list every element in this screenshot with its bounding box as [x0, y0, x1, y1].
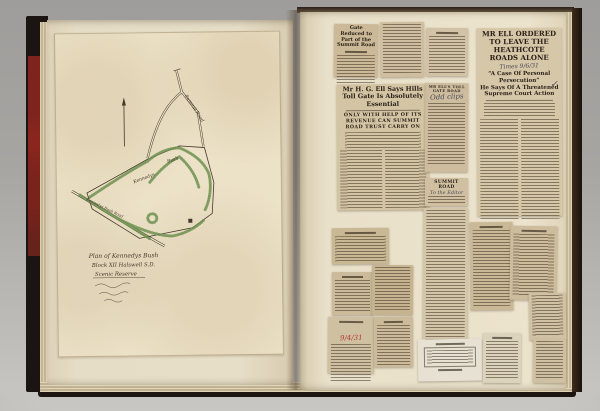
- clipping: [529, 293, 567, 341]
- notice-box: [424, 347, 476, 368]
- building-marker: [188, 219, 192, 223]
- scrapbook-photo: Summit Road Kennedys Bush Kennedys Bush …: [0, 0, 600, 411]
- clipping: [374, 317, 413, 367]
- clipping-body: [428, 196, 465, 203]
- clipping-footer-bar: [439, 369, 462, 371]
- clipping-subhead-bar: [345, 51, 368, 53]
- clipping: Mr H. G. Ell Says Hills Toll Gate Is Abs…: [337, 84, 430, 211]
- clipping-header-bar: [480, 226, 502, 228]
- clipping-body: [375, 267, 410, 311]
- clipping-column: [480, 119, 519, 219]
- clipping-header: SUMMIT ROAD: [428, 180, 465, 190]
- book-cover-right: [572, 8, 582, 392]
- clipping: MR ELL’S TOLL GATE ROAD Odd clips: [425, 83, 469, 172]
- signature-squiggles: [93, 277, 145, 302]
- bush-vegetation: [79, 147, 211, 240]
- clipping-body: [532, 295, 564, 337]
- clipping: [372, 265, 414, 315]
- clipping-header-bar: [342, 276, 363, 278]
- clipping: [533, 339, 567, 383]
- clipping-body: [337, 55, 375, 85]
- clipping: Gate Reduced to Part of the Summit Road: [334, 24, 379, 77]
- clipping: [380, 22, 424, 77]
- clipping-headline: Mr H. G. Ell Says Hills Toll Gate Is Abs…: [340, 86, 426, 109]
- clipping-header-bar: [383, 321, 403, 323]
- clipping: [332, 228, 389, 265]
- clipping-header-bar: [435, 343, 464, 345]
- clipping: [483, 333, 521, 383]
- clipping: [423, 208, 469, 344]
- left-page: Summit Road Kennedys Bush Kennedys Bush …: [47, 20, 293, 385]
- label-kennedys-bush-road: Kennedys Bush Road: [85, 196, 125, 219]
- notice-text: [427, 350, 473, 365]
- clipping-header-bar: [436, 32, 458, 34]
- clipping-body: [473, 230, 511, 306]
- clipping-headline: Gate Reduced to Part of the Summit Road: [337, 26, 375, 49]
- label-bush: Bush: [165, 155, 179, 165]
- cover-edge-bottom: [38, 392, 576, 397]
- divider: [486, 100, 553, 101]
- clipping-body: [426, 210, 466, 340]
- book-gutter: [286, 10, 308, 390]
- clipping-header-bar: [522, 230, 547, 232]
- handwritten-annotation: Odd clips: [428, 92, 465, 102]
- clipping-deck: “A Case Of Personal Persecution”: [480, 71, 559, 85]
- clipping-body: [486, 341, 518, 379]
- right-page: Gate Reduced to Part of the Summit Road …: [300, 12, 566, 390]
- clipping-headline: MR ELL ORDERED TO LEAVE THE HEATHCOTE RO…: [480, 30, 559, 63]
- clipping-subhead: ONLY WITH HELP OF ITS REVENUE CAN SUMMIT…: [340, 113, 426, 131]
- handwritten-annotation: To the Editor: [428, 190, 465, 196]
- map-sheet: Summit Road Kennedys Bush Kennedys Bush …: [54, 31, 284, 358]
- clipping-column: [521, 119, 560, 219]
- clipping-body: [428, 103, 466, 165]
- clipping-header-bar: [339, 321, 363, 323]
- map-drawing: Summit Road Kennedys Bush Kennedys Bush …: [55, 32, 283, 357]
- clipping-body: [484, 103, 555, 117]
- clipping-body: [377, 325, 410, 365]
- clipping: 9/4/31: [328, 317, 374, 373]
- clipping-body: [331, 344, 371, 382]
- map-title-line1: Plan of Kennedys Bush: [88, 252, 159, 260]
- clipping-body: [345, 132, 421, 149]
- clipping-body-columns: [480, 119, 560, 219]
- clipping-body: [429, 36, 465, 74]
- clipping: [426, 28, 468, 76]
- clipping-column: [385, 150, 427, 208]
- clipping-header-bar: [345, 232, 376, 234]
- handwritten-checkmark: ✓: [550, 80, 558, 90]
- clipping: SUMMIT ROAD To the Editor: [425, 178, 468, 206]
- clipping: [470, 222, 514, 310]
- map-title-line3: Scenic Reserve: [95, 271, 137, 278]
- clipping-deck: Supreme Court Action: [480, 91, 559, 98]
- clipping-body: [383, 24, 421, 73]
- clipping-column: [340, 150, 382, 208]
- label-summit-road: Summit Road: [183, 94, 205, 124]
- clipping-body: [335, 236, 386, 263]
- clipping: MR ELL ORDERED TO LEAVE THE HEATHCOTE RO…: [477, 28, 563, 216]
- clipping: [509, 226, 557, 301]
- red-ink-annotation: 9/4/31: [340, 334, 363, 343]
- north-arrow: [122, 98, 127, 147]
- clipping-header-bar: [493, 337, 512, 339]
- clipping-body: [335, 280, 370, 313]
- clipping: [418, 339, 483, 382]
- map-title-line2: Block XII Halswell S.D.: [91, 262, 156, 269]
- clipping-body: [512, 234, 554, 297]
- clipping-body-columns: [340, 150, 426, 209]
- clipping: [332, 272, 373, 315]
- clipping-body: [536, 341, 564, 379]
